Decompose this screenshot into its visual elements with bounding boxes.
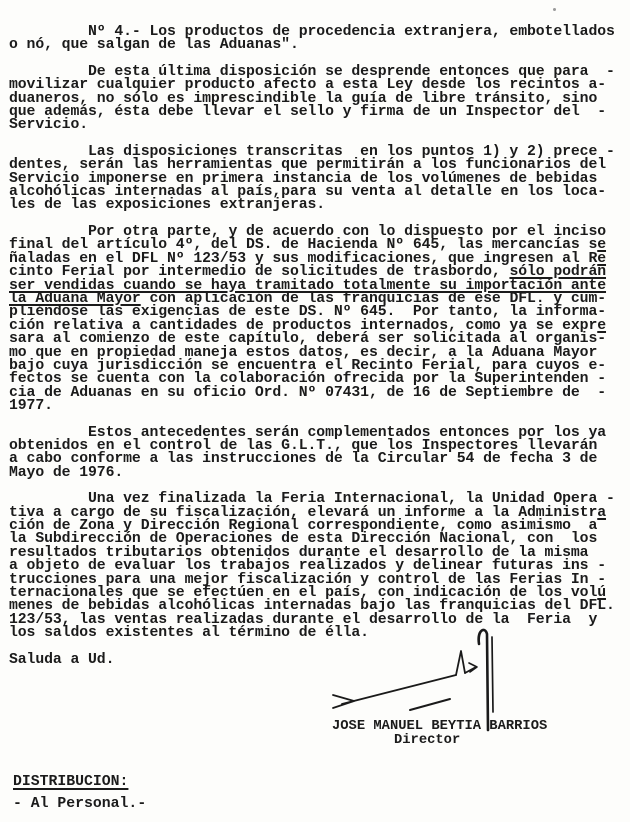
text-line: cia de Aduanas en su oficio Ord. Nº 0743… bbox=[9, 387, 615, 400]
paragraph: Por otra parte, y de acuerdo con lo disp… bbox=[9, 226, 615, 414]
distribution-heading: DISTRIBUCION: bbox=[13, 774, 128, 790]
text-segment: les de las exposiciones extranjeras. bbox=[9, 197, 325, 213]
text-line: 1977. bbox=[9, 400, 615, 413]
text-line: Servicio. bbox=[9, 119, 615, 132]
text-segment: Mayo de 1976. bbox=[9, 465, 123, 481]
text-segment: o nó, que salgan de las Aduanas". bbox=[9, 37, 299, 53]
text-segment: que además, ésta debe llevar el sello y … bbox=[9, 104, 606, 120]
distribution-item: - Al Personal.- bbox=[13, 796, 146, 812]
document-page: Nº 4.- Los productos de procedencia extr… bbox=[0, 0, 630, 822]
signatory-name: JOSE MANUEL BEYTIA BARRIOS bbox=[332, 719, 547, 734]
paragraph: Las disposiciones transcritas en los pun… bbox=[9, 146, 615, 213]
text-segment: cia de Aduanas en su oficio Ord. Nº 0743… bbox=[9, 385, 606, 401]
signatory-title: Director bbox=[394, 733, 460, 748]
text-line: Mayo de 1976. bbox=[9, 467, 615, 480]
text-line: o nó, que salgan de las Aduanas". bbox=[9, 39, 615, 52]
text-line: que además, ésta debe llevar el sello y … bbox=[9, 106, 615, 119]
letter-body: Nº 4.- Los productos de procedencia extr… bbox=[9, 26, 615, 667]
text-line: les de las exposiciones extranjeras. bbox=[9, 199, 615, 212]
text-segment: Servicio. bbox=[9, 117, 88, 133]
underlined-text-segment: a bbox=[597, 505, 606, 521]
paragraph: Estos antecedentes serán complementados … bbox=[9, 427, 615, 481]
text-line: los saldos existentes al término de élla… bbox=[9, 627, 615, 640]
text-segment: 1977. bbox=[9, 398, 53, 414]
scan-speck bbox=[553, 8, 556, 11]
paragraph: Nº 4.- Los productos de procedencia extr… bbox=[9, 26, 615, 53]
text-segment: los saldos existentes al término de élla… bbox=[9, 625, 369, 641]
paragraph: Una vez finalizada la Feria Internaciona… bbox=[9, 493, 615, 640]
letter-paragraphs: Nº 4.- Los productos de procedencia extr… bbox=[9, 26, 615, 641]
paragraph: De esta última disposición se desprende … bbox=[9, 66, 615, 133]
handwritten-signature bbox=[330, 622, 500, 734]
closing-salutation: Saluda a Ud. bbox=[9, 654, 615, 667]
